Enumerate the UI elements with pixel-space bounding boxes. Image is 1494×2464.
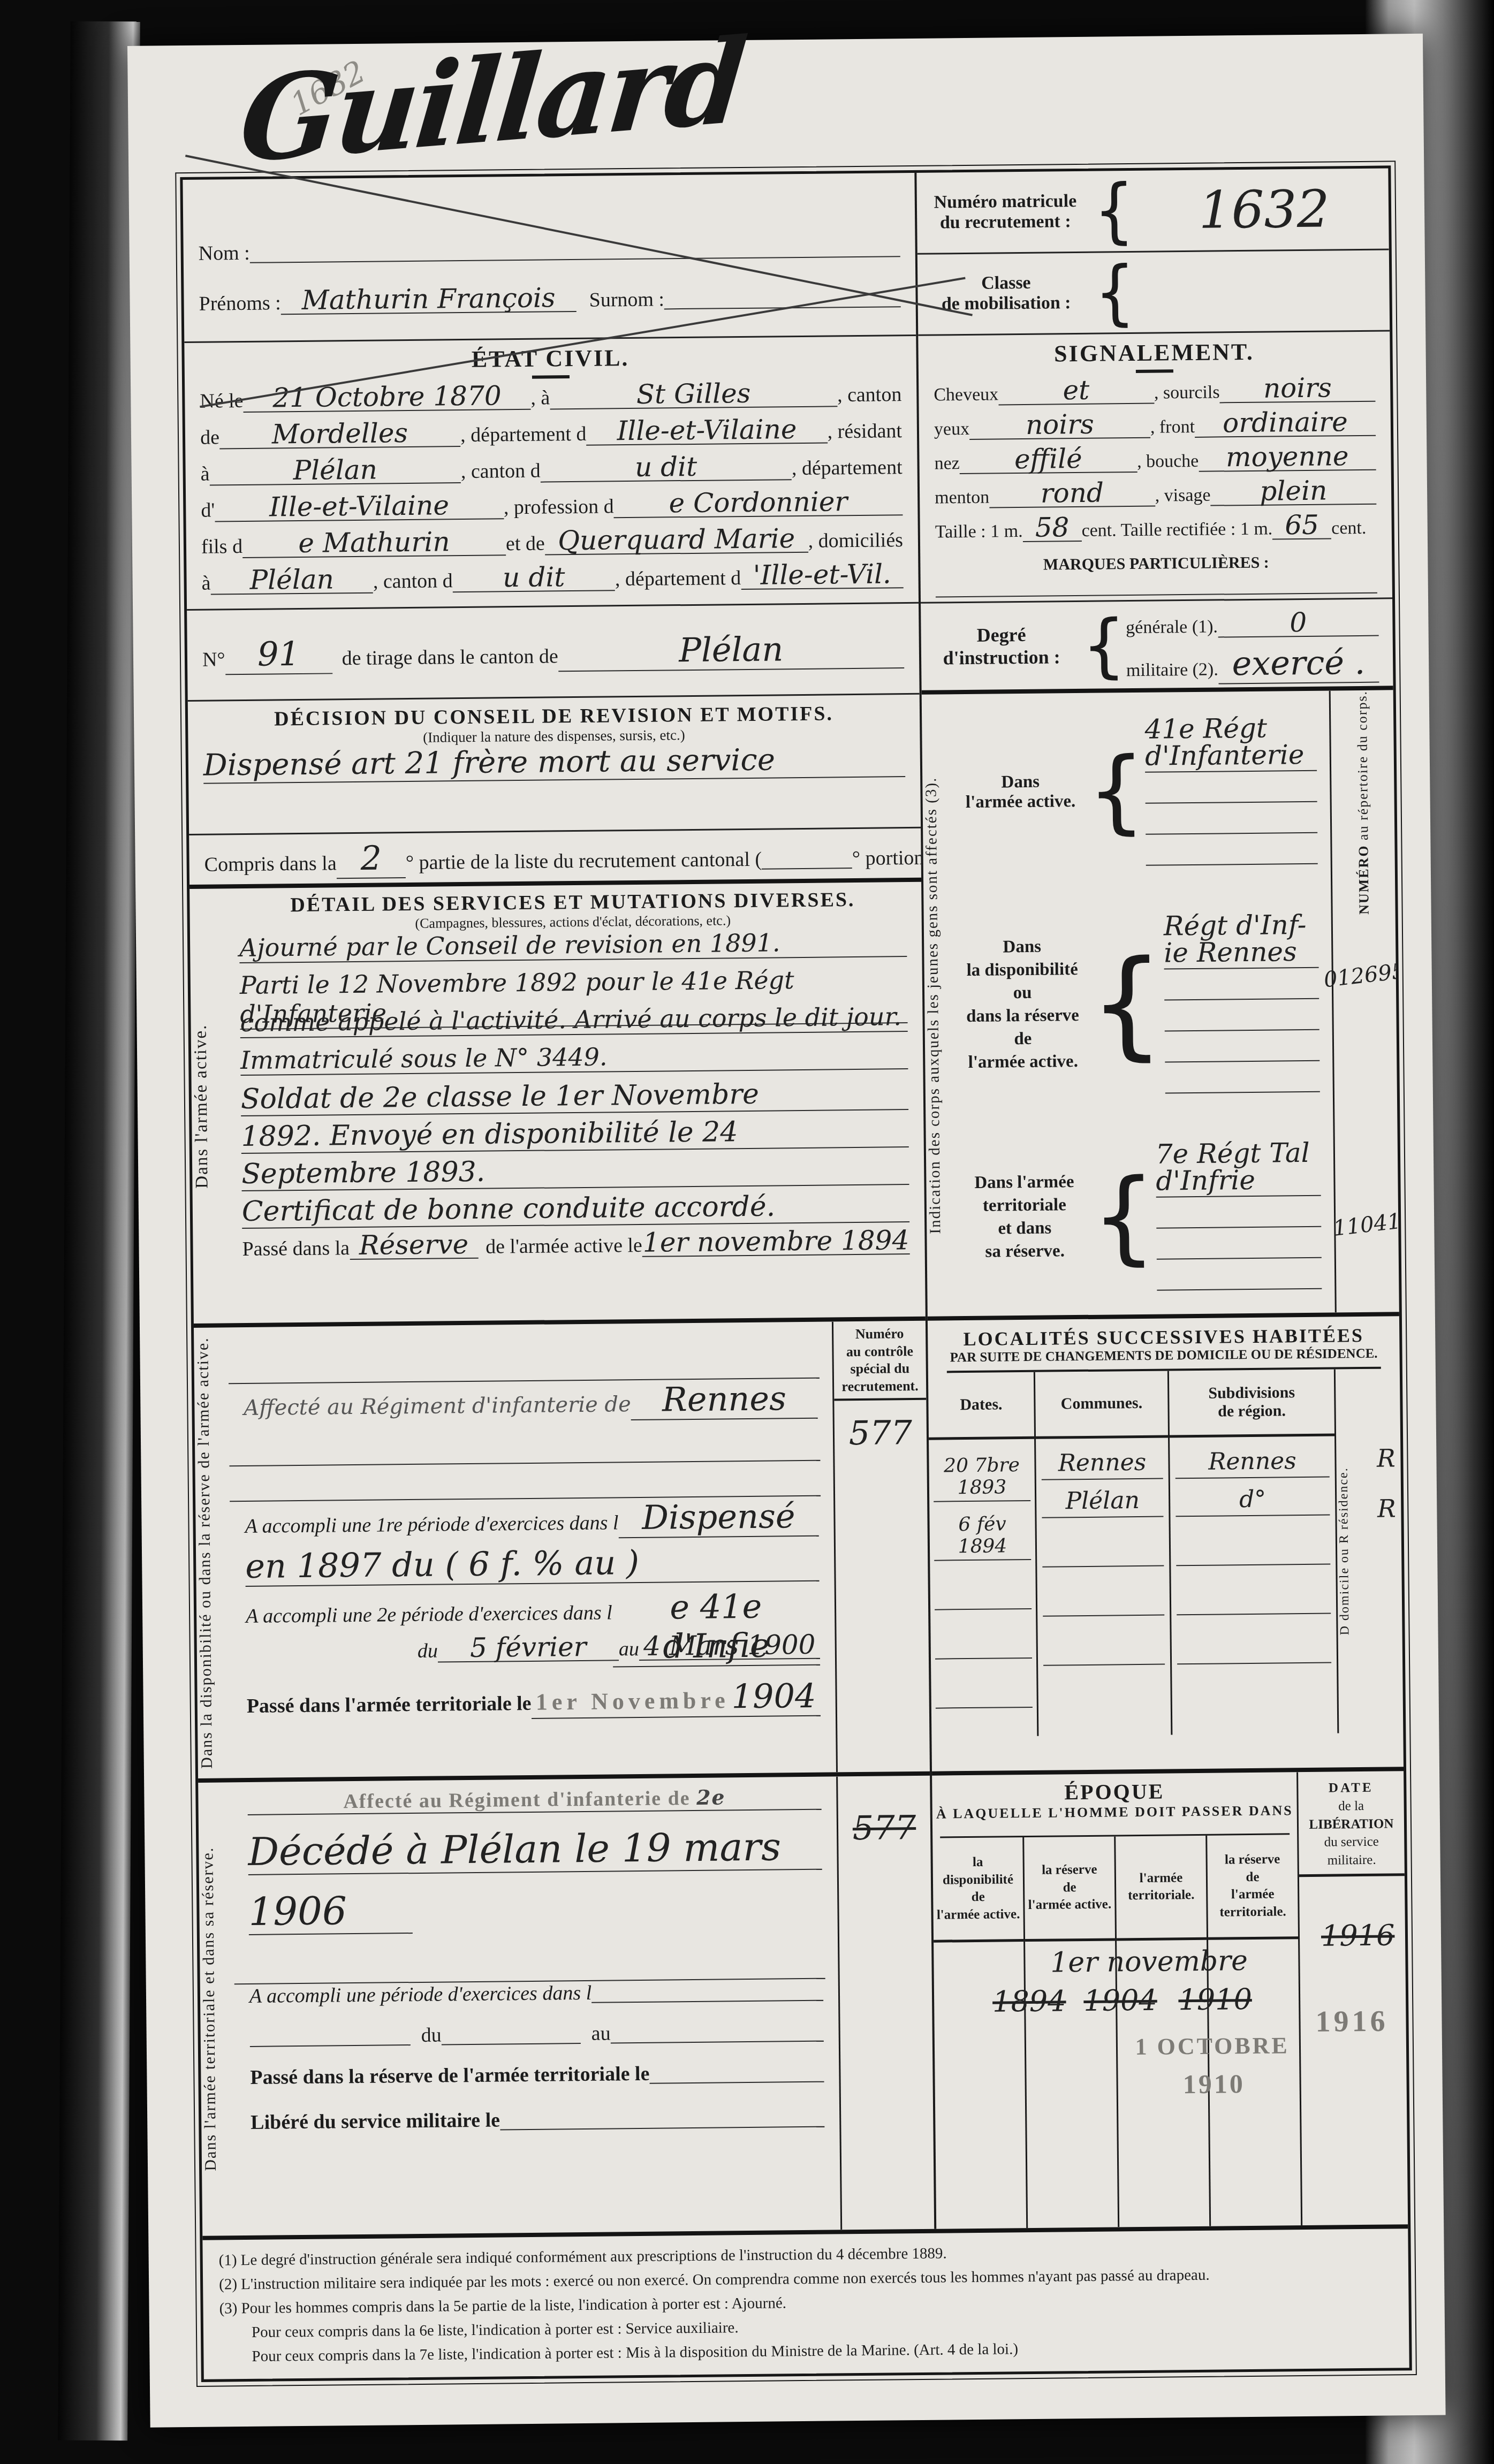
corps-active-group: Dans l'armée active. { 41e Régt d'Infant…	[953, 714, 1331, 868]
corps-active-label-2: l'armée active.	[953, 792, 1087, 812]
services-content: DÉTAIL DES SERVICES ET MUTATIONS DIVERSE…	[224, 882, 926, 1323]
left-column: Nom : Prénoms : Mathurin François Surnom…	[183, 173, 934, 2236]
a3-label: à	[201, 572, 210, 595]
menton-value: rond	[989, 479, 1155, 508]
date-liberation-header: DATE de la LIBÉRATION du service militai…	[1298, 1771, 1405, 1877]
territoriale-section: Dans l'armée territoriale et dans sa rés…	[198, 1776, 934, 2236]
subdiv-row-2: d°	[1176, 1478, 1330, 1517]
generale-label: générale (1).	[1126, 617, 1218, 638]
epoque-col3-l1: l'armée	[1116, 1869, 1206, 1887]
degre-label-2: d'instruction :	[921, 645, 1082, 670]
numero-repertoire-1: NUMÉRO	[1355, 845, 1371, 915]
periode1-label: A accompli une 1re période d'exercices d…	[245, 1511, 618, 1538]
compris-section: Compris dans la 2 ° partie de la liste d…	[189, 828, 921, 889]
bouche-value: moyenne	[1199, 443, 1376, 472]
terr-au-label: au	[591, 2022, 610, 2045]
sourcils-label: , sourcils	[1154, 382, 1220, 403]
dept3-value: Ille-et-Vilaine	[215, 491, 504, 522]
title-dash	[532, 375, 569, 379]
affecte-faint-text: Affecté au Régiment d'infanterie de	[343, 1787, 691, 1813]
epoque-col3-l2: territoriale.	[1116, 1887, 1206, 1905]
periode2-dates-row: du 5 février au 4 Mars 1900	[231, 1631, 836, 1682]
stamp-1910: 1910	[1182, 2068, 1245, 2100]
periode2-label: A accompli une 2e période d'exercices da…	[246, 1601, 612, 1628]
front-label: , front	[1150, 417, 1195, 438]
tirage-row: N° 91 de tirage dans le canton de Plélan	[187, 628, 920, 675]
communes-header: Communes.	[1035, 1371, 1168, 1439]
passe-terr-year: 1904	[731, 1676, 816, 1716]
dr-label-1: D domicile ou	[1337, 1548, 1352, 1636]
corps-vertical-label: Indication des corps auxquels les jeunes…	[922, 694, 959, 1317]
canton-suffix: , canton	[837, 383, 902, 407]
passe-territoriale-row: Passé dans l'armée territoriale le 1er N…	[231, 1676, 836, 1733]
periode-terr-label: A accompli une période d'exercices dans …	[249, 1981, 592, 2008]
ec-line-4: d' Ille-et-Vilaine , profession d e Cord…	[186, 488, 918, 531]
dept3-hand-value: 'Ille-et-Vil.	[741, 560, 904, 590]
periode-terr-field	[591, 1990, 823, 2003]
corps-dispo-label-3: ou	[955, 981, 1089, 1005]
dispo-repertoire-number: 012695	[1323, 959, 1399, 992]
a-label: , à	[530, 386, 550, 409]
decision-value: Dispensé art 21 frère mort au service	[203, 741, 906, 784]
service-line: Immatriculé sous le N° 3449.	[240, 1039, 908, 1076]
tirage-section: N° 91 de tirage dans le canton de Plélan	[187, 604, 920, 702]
blank-rule	[229, 1426, 821, 1467]
numero-header-line: spécial du	[834, 1360, 926, 1378]
epoque-col-3: l'armée territoriale.	[1114, 1836, 1209, 2227]
commune-row-2: Plélan	[1042, 1479, 1164, 1518]
corps-dispo-label-6: l'armée active.	[956, 1050, 1090, 1074]
affecte-value: Rennes	[631, 1379, 817, 1420]
footnotes: (1) Le degré d'instruction générale sera…	[202, 2224, 1409, 2379]
instruction-brace: {	[1081, 604, 1126, 686]
corps-dispo-label-5: de	[956, 1027, 1090, 1051]
epoque-col2-l1: la réserve	[1025, 1861, 1114, 1880]
front-value: ordinaire	[1195, 408, 1376, 438]
bouche-label: , bouche	[1137, 451, 1199, 472]
residant-suffix: , résidant	[827, 419, 902, 443]
corps-dispo-brace: {	[1089, 934, 1165, 1072]
blank-rule	[1165, 1061, 1320, 1094]
matricule-label-1: Numéro matricule	[917, 191, 1094, 212]
epoque-col4-l3: l'armée	[1208, 1885, 1298, 1904]
au-label: au	[619, 1637, 639, 1661]
service-line: Ajourné par le Conseil de revision en 18…	[239, 927, 907, 963]
passe-terr-label: Passé dans l'armée territoriale le	[247, 1692, 532, 1718]
epoque-col4-header: la réserve de l'armée territoriale.	[1207, 1835, 1298, 1940]
blank-rule	[1157, 1258, 1322, 1291]
et-de-label: et de	[506, 532, 545, 556]
date-header-4: du service	[1299, 1833, 1404, 1852]
cheveux-value: et	[998, 376, 1154, 406]
corps-terr-label-2: territoriale	[958, 1193, 1091, 1218]
blank-rule	[229, 1461, 821, 1502]
corps-dispo-group: Dans la disponibilité ou dans la réserve…	[955, 911, 1333, 1096]
reserve-terr-row: Passé dans la réserve de l'armée territo…	[235, 2060, 839, 2111]
ec-line-1: Né le 21 Octobre 1870 , à St Gilles , ca…	[185, 378, 917, 422]
blank-rule	[1177, 1614, 1331, 1665]
au-value: 4 Mars 1900	[639, 1631, 820, 1661]
stamp-1916: 1916	[1315, 2004, 1389, 2039]
corps-active-label-1: Dans	[953, 772, 1087, 793]
scanned-register-page: 1632 Guillard Nom : Prénoms : Math	[0, 0, 1494, 2464]
decision-section: DÉCISION DU CONSEIL DE REVISION ET MOTIF…	[188, 695, 921, 835]
instruction-section: Degré d'instruction : { générale (1). 0 …	[921, 599, 1393, 694]
services-section: Dans l'armée active. DÉTAIL DES SERVICES…	[189, 882, 926, 1328]
localites-table: Dates. 20 7bre 1893 6 fév 1894 Communes.…	[928, 1368, 1403, 1737]
domicile-value: Plélan	[210, 566, 373, 595]
corps-active-value: 41e Régt d'Infanterie	[1144, 714, 1317, 773]
signalement-title: SIGNALEMENT.	[918, 337, 1390, 368]
blank-rule	[1176, 1565, 1331, 1616]
service-line: Soldat de 2e classe le 1er Novembre	[241, 1077, 909, 1116]
surnom-label: Surnom :	[589, 287, 664, 311]
periode1-row2: en 1897 du ( 6 f. % au )	[230, 1541, 835, 1592]
terr-du-label: du	[421, 2024, 441, 2047]
classe-brace: {	[1094, 252, 1136, 334]
terr-repertoire-number: 11041	[1332, 1209, 1399, 1241]
classe-row: Classe de mobilisation : {	[917, 250, 1390, 334]
subdiv-row-1: Rennes	[1175, 1436, 1330, 1479]
blank-rule	[1164, 999, 1319, 1032]
affecte-superscript: 2e	[696, 1785, 726, 1809]
service-line: Certificat de bonne conduite accordé.	[242, 1189, 910, 1229]
blank-rule	[1165, 1030, 1320, 1063]
form-frame: Nom : Prénoms : Mathurin François Surnom…	[180, 165, 1412, 2382]
signalement-dash	[1135, 369, 1173, 373]
epoque-col1-l1: la	[933, 1853, 1023, 1872]
de-label: de	[200, 425, 219, 449]
numero-header-line: Numéro	[833, 1325, 926, 1343]
epoque-col1-l3: de	[933, 1888, 1023, 1906]
epoque-col1-l2: disponibilité	[933, 1871, 1023, 1889]
visage-value: plein	[1210, 477, 1376, 506]
tirage-text: de tirage dans le canton de	[342, 644, 558, 670]
canton3-label: , canton d	[373, 569, 453, 593]
date-header-1: DATE	[1298, 1778, 1404, 1798]
dr-row-2: R	[1372, 1494, 1401, 1523]
corps-section: Indication des corps auxquels les jeunes…	[922, 690, 1399, 1320]
subdiv-header-2: de région.	[1218, 1402, 1286, 1420]
canton3-value: u dit	[452, 563, 615, 592]
taille-rect-value: 65	[1272, 511, 1331, 539]
blank-rule	[1042, 1566, 1164, 1617]
corps-terr-label-3: et dans	[958, 1216, 1091, 1241]
libere-field	[500, 2117, 824, 2131]
reserve-terr-field	[649, 2072, 824, 2084]
epoque-table: ÉPOQUE À LAQUELLE L'HOMME DOIT PASSER DA…	[932, 1771, 1408, 2229]
birth-place-value: St Gilles	[550, 379, 837, 409]
deces-line-2: 1906	[248, 1888, 413, 1935]
profession-label: , profession d	[504, 495, 614, 519]
octobre-stamp: 1 OCTOBRE	[1135, 2032, 1290, 2060]
prenoms-label: Prénoms :	[199, 291, 280, 315]
territoriale-vertical-label: Dans l'armée territoriale et dans sa rés…	[198, 1782, 237, 2236]
corps-terr-group: Dans l'armée territoriale et dans sa rés…	[957, 1139, 1335, 1292]
tirage-no-label: N°	[202, 648, 225, 671]
du-value: 5 février	[438, 1633, 619, 1662]
epoque-col-1: la disponibilité de l'armée active.	[932, 1837, 1026, 2229]
militaire-label: militaire (2).	[1126, 659, 1218, 681]
tirage-number: 91	[225, 634, 332, 675]
nom-field	[250, 246, 900, 263]
reserve-section: Dans la disponibilité ou dans la réserve…	[194, 1321, 930, 1783]
surname-signature: Guillard	[234, 12, 749, 189]
taille-value: 58	[1022, 514, 1081, 542]
canton2-label: , canton d	[461, 459, 541, 483]
passe-label-1: Passé dans la	[242, 1236, 350, 1261]
epoque-col-2: la réserve de l'armée active.	[1022, 1836, 1118, 2228]
compris-label-3: ° portion).	[852, 846, 921, 870]
nez-label: nez	[934, 453, 960, 474]
prenoms-row: Prénoms : Mathurin François Surnom :	[184, 281, 916, 334]
etat-civil-section: ÉTAT CIVIL. Né le 21 Octobre 1870 , à St…	[184, 336, 919, 611]
decision-row: Dispensé art 21 frère mort au service	[188, 741, 921, 800]
matricule-brace: {	[1093, 170, 1135, 252]
epoque-span-value: 1er novembre	[1050, 1945, 1248, 1979]
taille-label: Taille : 1 m.	[935, 521, 1023, 543]
epoque-title: ÉPOQUE	[932, 1777, 1296, 1806]
yeux-value: noirs	[969, 410, 1150, 440]
col-domicile-residence: D domicile ou R résidence. R R	[1336, 1368, 1404, 1733]
blank-rule	[1146, 833, 1317, 866]
territoriale-content: Affecté au Régiment d'infanterie de 2e D…	[232, 1776, 840, 2235]
commune-row-1: Rennes	[1041, 1438, 1163, 1480]
affecte-faint-row: Affecté au Régiment d'infanterie de 2e	[232, 1784, 837, 1829]
blank-rule	[934, 1560, 1032, 1610]
passe-terr-field: 1er Novembre 1904	[531, 1676, 821, 1719]
menton-label: menton	[935, 488, 989, 508]
sourcils-value: noirs	[1219, 374, 1375, 404]
affecte-label: Affecté au Régiment d'infanterie de	[244, 1392, 631, 1420]
matricule-number: 1632	[1199, 179, 1330, 240]
signalement-section: SIGNALEMENT. Cheveux et , sourcils noirs…	[918, 331, 1392, 603]
nom-label: Nom :	[199, 241, 250, 265]
epoque-col-4: la réserve de l'armée territoriale.	[1205, 1835, 1301, 2226]
compris-label-1: Compris dans la	[204, 851, 336, 876]
epoque-value-territoriale: 1904	[1083, 1983, 1157, 2018]
controle-number: 577	[835, 1413, 927, 1453]
epoque-col3-header: l'armée territoriale.	[1116, 1836, 1207, 1941]
service-line: Septembre 1893.	[241, 1152, 909, 1191]
service-line: comme appelé à l'activité. Arrivé au cor…	[240, 1002, 907, 1038]
du-au-lead-field	[250, 2035, 411, 2047]
portion-field	[762, 858, 852, 870]
compris-value: 2	[336, 838, 406, 879]
date-row-1: 20 7bre 1893	[933, 1439, 1030, 1502]
terr-au-field	[611, 2031, 824, 2044]
reserve-content: Affecté au Régiment d'infanterie de Renn…	[228, 1321, 836, 1778]
domicilies-suffix: , domiciliés	[808, 528, 903, 553]
corps-terr-lines: 7e Régt Tal d'Infrie	[1156, 1139, 1335, 1290]
blank-rule	[1145, 771, 1317, 804]
d-label: d'	[201, 498, 215, 522]
date-header-5: militaire.	[1299, 1851, 1404, 1877]
deces-line-1: Décédé à Plélan le 19 mars	[248, 1824, 822, 1875]
corps-dispo-label-4: dans la réserve	[955, 1004, 1089, 1028]
blank-rule	[1042, 1517, 1164, 1568]
localites-section: LOCALITÉS SUCCESSIVES HABITÉES PAR SUITE…	[928, 1316, 1404, 1775]
subdiv-header-1: Subdivisions	[1208, 1383, 1295, 1403]
epoque-col4-l2: de	[1208, 1868, 1298, 1887]
sig-line-4: menton rond , visage plein	[920, 476, 1392, 515]
blank-rule	[228, 1343, 820, 1385]
epoque-main: ÉPOQUE À LAQUELLE L'HOMME DOIT PASSER DA…	[932, 1772, 1301, 2229]
epoque-subtitle: À LAQUELLE L'HOMME DOIT PASSER DANS	[932, 1803, 1297, 1822]
date-row-2: 6 fév 1894	[934, 1501, 1031, 1561]
numero-controle-header: Numéro au contrôle spécial du recrutemen…	[833, 1325, 926, 1401]
epoque-title-block: ÉPOQUE À LAQUELLE L'HOMME DOIT PASSER DA…	[932, 1772, 1297, 1837]
epoque-value-reserve: 1894	[992, 1984, 1066, 2018]
epoque-value-liberation: 1916	[1321, 1918, 1395, 1952]
dept-value: Ille-et-Vilaine	[586, 415, 828, 445]
corps-dispo-label-1: Dans	[955, 935, 1089, 959]
dept2-suffix: , département	[792, 455, 903, 480]
corps-dispo-label: Dans la disponibilité ou dans la réserve…	[955, 935, 1090, 1074]
col-subdivisions: Subdivisions de région. Rennes d°	[1169, 1369, 1339, 1735]
date-header-3: LIBÉRATION	[1299, 1815, 1404, 1834]
father-value: e Mathurin	[242, 528, 506, 558]
reserve-vertical-label: Dans la disponibilité ou dans la réserve…	[194, 1327, 232, 1778]
matricule-block: Numéro matricule du recrutement : { 1632…	[916, 168, 1390, 336]
epoque-col1-header: la disponibilité de l'armée active.	[932, 1837, 1023, 1943]
numero-repertoire-label: NUMÉRO au répertoire du corps.	[1354, 690, 1372, 915]
form-columns: Nom : Prénoms : Mathurin François Surnom…	[183, 168, 1408, 2235]
numero-repertoire-2: au répertoire du corps.	[1354, 690, 1371, 840]
corps-dispo-label-2: la disponibilité	[955, 958, 1089, 982]
dates-header: Dates.	[928, 1372, 1034, 1440]
blank-rule	[1176, 1516, 1330, 1566]
corps-dispo-value: Régt d'Inf-ie Rennes	[1164, 911, 1319, 970]
territoriale-controle-number: 577	[838, 1808, 931, 1848]
canton2-value: u dit	[540, 452, 792, 483]
novembre-stamp: 1er Novembre	[536, 1687, 730, 1715]
blank-rule	[1146, 802, 1317, 835]
instruction-values: générale (1). 0 militaire (2). exercé .	[1126, 608, 1393, 679]
epoque-col2-header: la réserve de l'armée active.	[1024, 1836, 1115, 1942]
corps-groups: Dans l'armée active. { 41e Régt d'Infant…	[953, 691, 1335, 1317]
fils-label: fils d	[201, 535, 242, 559]
corps-active-brace: {	[1087, 738, 1146, 845]
degre-label: Degré d'instruction :	[921, 623, 1082, 670]
periode2-row: A accompli une 2e période d'exercices da…	[231, 1586, 835, 1637]
blank-rule	[935, 1609, 1032, 1660]
ec-line-2: de Mordelles , département d Ille-et-Vil…	[185, 415, 917, 458]
corps-active-label: Dans l'armée active.	[953, 772, 1088, 812]
corps-terr-label: Dans l'armée territoriale et dans sa rés…	[957, 1170, 1092, 1264]
right-column: Numéro matricule du recrutement : { 1632…	[914, 168, 1408, 2229]
service-line: 1892. Envoyé en disponibilité le 24	[241, 1114, 909, 1154]
epoque-value-reserve-terr: 1910	[1178, 1982, 1252, 2017]
epoque-col4-l1: la réserve	[1207, 1851, 1297, 1869]
tirage-canton: Plélan	[558, 628, 904, 672]
prenoms-value: Mathurin François	[280, 284, 576, 315]
corps-terr-label-1: Dans l'armée	[957, 1170, 1091, 1195]
services-vertical-label: Dans l'armée active.	[189, 888, 228, 1324]
reserve-terr-label: Passé dans la réserve de l'armée territo…	[250, 2062, 649, 2089]
taille-end-label: cent.	[1331, 518, 1367, 539]
nez-value: effilé	[959, 445, 1137, 474]
epoque-section: ÉPOQUE À LAQUELLE L'HOMME DOIT PASSER DA…	[932, 1771, 1408, 2229]
corps-terr-label-4: sa réserve.	[958, 1239, 1091, 1264]
visage-label: , visage	[1155, 485, 1211, 506]
epoque-columns: la disponibilité de l'armée active.	[932, 1835, 1301, 2229]
matricule-sheet: 1632 Guillard Nom : Prénoms : Math	[127, 34, 1446, 2428]
periode-terr-row: A accompli une période d'exercices dans …	[234, 1979, 839, 2025]
dr-label-2: R résidence.	[1337, 1467, 1351, 1543]
corps-numero-column: NUMÉRO au répertoire du corps. 012695 11…	[1329, 690, 1399, 1312]
blank-rule	[1164, 968, 1319, 1001]
blank-rule	[234, 1944, 825, 1985]
libere-row: Libéré du service militaire le	[236, 2105, 840, 2156]
subdiv-header: Subdivisions de région.	[1169, 1369, 1334, 1438]
periode1-value: Dispensé	[618, 1496, 819, 1539]
residence-value: Plélan	[209, 455, 461, 486]
numero-header-line: au contrôle	[833, 1342, 926, 1360]
corps-terr-value: 7e Régt Tal d'Infrie	[1156, 1139, 1321, 1198]
matricule-label: Numéro matricule du recrutement :	[917, 191, 1094, 233]
yeux-label: yeux	[934, 419, 969, 440]
classe-label-1: Classe	[917, 272, 1094, 294]
corps-terr-brace: {	[1091, 1157, 1157, 1275]
a2-label: à	[200, 462, 209, 486]
epoque-col2-l3: l'armée active.	[1025, 1896, 1114, 1914]
affecte-row: Affecté au Régiment d'infanterie de Renn…	[229, 1378, 833, 1431]
dr-vertical-label: D domicile ou R résidence.	[1336, 1369, 1375, 1733]
book-spine-shadow	[58, 21, 140, 2441]
dr-values: R R	[1371, 1368, 1404, 1732]
mother-value: Querquard Marie	[544, 525, 808, 556]
dept3-label: , département d	[615, 566, 741, 591]
birth-date-value: 21 Octobre 1870	[243, 382, 530, 413]
dr-row-1: R	[1371, 1443, 1401, 1473]
du-au-row: du au	[235, 2019, 839, 2066]
profession-value: e Cordonnier	[613, 488, 903, 518]
militaire-value: exercé .	[1218, 643, 1379, 685]
name-block: Nom : Prénoms : Mathurin François Surnom…	[183, 173, 916, 343]
classe-label-2: de mobilisation :	[918, 293, 1095, 315]
passe-reserve-row: Passé dans la Réserve de l'armée active …	[227, 1227, 925, 1282]
epoque-col1-l4: l'armée active.	[933, 1906, 1023, 1924]
militaire-row: militaire (2). exercé .	[1126, 643, 1379, 680]
spacer	[413, 1913, 823, 1926]
passe-date: 1er novembre 1894	[642, 1227, 910, 1257]
generale-value: 0	[1218, 609, 1379, 638]
matricule-row: Numéro matricule du recrutement : { 1632	[916, 168, 1389, 254]
blank-rule	[1156, 1227, 1322, 1260]
blank-rule	[1156, 1196, 1322, 1229]
deces-row-2: 1906	[233, 1883, 838, 1949]
compris-row: Compris dans la 2 ° partie de la liste d…	[189, 833, 921, 880]
canton-value: Mordelles	[219, 419, 461, 449]
epoque-date-col: DATE de la LIBÉRATION du service militai…	[1296, 1771, 1408, 2225]
taille-mid-label: cent. Taille rectifiée : 1 m.	[1081, 519, 1272, 541]
col-communes: Communes. Rennes Plélan	[1035, 1371, 1173, 1736]
passe-value: Réserve	[350, 1231, 478, 1260]
taille-row: Taille : 1 m. 58 cent. Taille rectifiée …	[920, 511, 1392, 552]
col-dates: Dates. 20 7bre 1893 6 fév 1894	[928, 1372, 1039, 1737]
terr-du-field	[442, 2033, 581, 2045]
epoque-col4-l4: territoriale.	[1208, 1903, 1298, 1921]
generale-row: générale (1). 0	[1126, 609, 1379, 645]
date-header-2: de la	[1299, 1797, 1404, 1816]
du-label: du	[418, 1639, 438, 1663]
reserve-numero-column: Numéro au contrôle spécial du recrutemen…	[832, 1321, 930, 1773]
degre-label-1: Degré	[921, 623, 1081, 647]
libere-label: Libéré du service militaire le	[251, 2108, 500, 2134]
ec-line-6: à Plélan , canton d u dit , département …	[186, 560, 919, 604]
periode1-value-2: en 1897 du ( 6 f. % au )	[245, 1541, 820, 1587]
